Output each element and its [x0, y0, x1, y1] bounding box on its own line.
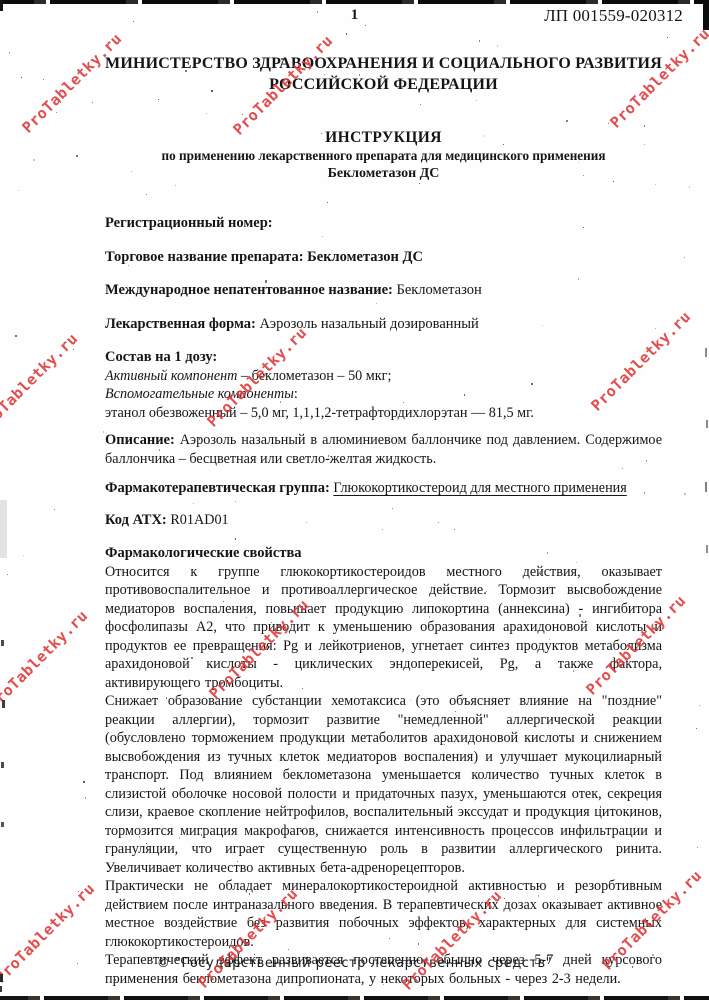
scan-speck	[20, 388, 21, 389]
scan-artifact	[1, 640, 4, 646]
scan-speck	[18, 190, 19, 191]
scan-artifact	[705, 348, 707, 357]
scanned-document-page: 1 ЛП 001559-020312 МИНИСТЕРСТВО ЗДРАВООХ…	[0, 0, 709, 1000]
registration-number-row: Регистрационный номер:	[105, 214, 662, 233]
document-title: ИНСТРУКЦИЯ по применению лекарственного …	[105, 128, 662, 183]
watermark: ProTabletky.ru	[0, 874, 104, 991]
state-register-footer: © "Государственный реестр лекарственных …	[0, 956, 709, 971]
trade-name-value: Беклометазон ДС	[307, 249, 423, 265]
scan-speck	[697, 847, 698, 848]
scan-artifact	[0, 986, 2, 992]
inn-label: Международное непатентованное название:	[105, 282, 393, 298]
composition-excipients-row: Вспомогательные компоненты:	[105, 385, 662, 404]
scan-speck	[9, 52, 10, 54]
scan-speck	[85, 797, 86, 799]
scan-artifact	[0, 500, 7, 558]
dosage-form-label: Лекарственная форма:	[105, 316, 256, 332]
scan-speck	[33, 159, 35, 161]
watermark: ProTabletky.ru	[0, 601, 97, 718]
composition-heading: Состав на 1 дозу:	[105, 348, 662, 367]
scan-speck	[699, 705, 700, 706]
scan-speck	[54, 509, 55, 510]
description-section: Описание: Аэрозоль назальный в алюминиев…	[105, 431, 662, 468]
pharmacology-section: Относится к группе глюкокортикостероидов…	[105, 563, 662, 989]
scan-speck	[60, 102, 61, 103]
pharm-group-label: Фармакотерапевтическая группа:	[105, 480, 330, 496]
description-label: Описание:	[105, 432, 175, 448]
scan-speck	[696, 728, 697, 729]
excipients-colon: :	[294, 386, 298, 402]
scan-artifact	[0, 974, 3, 982]
scan-speck	[78, 891, 79, 892]
scan-speck	[689, 186, 690, 188]
scan-artifact	[1, 762, 4, 768]
scan-speck	[15, 335, 17, 337]
pharmacology-paragraph: Практически не обладает минералокортикос…	[105, 877, 662, 951]
document-body: МИНИСТЕРСТВО ЗДРАВООХРАНЕНИЯ И СОЦИАЛЬНО…	[105, 0, 662, 988]
atc-code-value: R01AD01	[170, 512, 228, 528]
scan-speck	[684, 257, 685, 258]
pharmacology-paragraph: Снижает образование субстанции хемотакси…	[105, 692, 662, 877]
scan-speck	[21, 77, 22, 78]
pharmacology-heading: Фармакологические свойства	[105, 544, 662, 563]
active-component-value: – беклометазон – 50 мкг;	[237, 368, 391, 384]
title-instruction: ИНСТРУКЦИЯ	[105, 128, 662, 147]
atc-code-label: Код АТХ:	[105, 512, 167, 528]
inn-row: Международное непатентованное название: …	[105, 281, 662, 300]
scan-artifact	[2, 700, 5, 708]
title-drug-name: Беклометазон ДС	[105, 165, 662, 183]
scan-speck	[23, 555, 24, 556]
scan-speck	[103, 431, 104, 433]
description-text: Аэрозоль назальный в алюминиевом баллонч…	[105, 432, 662, 467]
scan-speck	[43, 79, 44, 80]
pharm-group-section: Фармакотерапевтическая группа: Глюкокорт…	[105, 479, 662, 498]
scan-speck	[76, 155, 78, 157]
scan-speck	[83, 781, 85, 783]
dosage-form-value: Аэрозоль назальный дозированный	[259, 316, 478, 332]
scan-speck	[92, 102, 93, 103]
ministry-line-2: РОССИЙСКОЙ ФЕДЕРАЦИИ	[105, 74, 662, 95]
excipients-label: Вспомогательные компоненты	[105, 386, 294, 402]
scan-edge-bottom	[0, 996, 709, 1000]
scan-speck	[684, 493, 686, 495]
pharmacology-paragraph: Относится к группе глюкокортикостероидов…	[105, 563, 662, 693]
trade-name-row: Торговое название препарата: Беклометазо…	[105, 248, 662, 267]
title-subtitle: по применению лекарственного препарата д…	[105, 147, 662, 165]
pharm-group-value: Глюкокортикостероид для местного примене…	[333, 480, 626, 496]
scan-speck	[667, 37, 668, 38]
ministry-heading: МИНИСТЕРСТВО ЗДРАВООХРАНЕНИЯ И СОЦИАЛЬНО…	[105, 53, 662, 95]
scan-speck	[56, 112, 57, 113]
dosage-form-row: Лекарственная форма: Аэрозоль назальный …	[105, 315, 662, 334]
scan-speck	[73, 349, 74, 350]
composition-active-row: Активный компонент – беклометазон – 50 м…	[105, 367, 662, 386]
scan-artifact	[706, 545, 708, 553]
ministry-line-1: МИНИСТЕРСТВО ЗДРАВООХРАНЕНИЯ И СОЦИАЛЬНО…	[105, 53, 662, 74]
scan-artifact	[1, 822, 4, 827]
composition-excipients-value: этанол обезвоженный – 5,0 мг, 1,1,1,2-те…	[105, 404, 662, 423]
scan-artifact	[705, 482, 707, 492]
scan-artifact	[706, 420, 708, 428]
trade-name-label: Торговое название препарата:	[105, 249, 304, 265]
atc-code-row: Код АТХ: R01AD01	[105, 511, 662, 530]
composition-section: Состав на 1 дозу: Активный компонент – б…	[105, 348, 662, 422]
registration-number-label: Регистрационный номер:	[105, 215, 273, 231]
inn-value: Беклометазон	[397, 282, 482, 298]
active-component-label: Активный компонент	[105, 368, 237, 384]
scan-speck	[7, 574, 8, 575]
watermark: ProTabletky.ru	[0, 324, 87, 441]
